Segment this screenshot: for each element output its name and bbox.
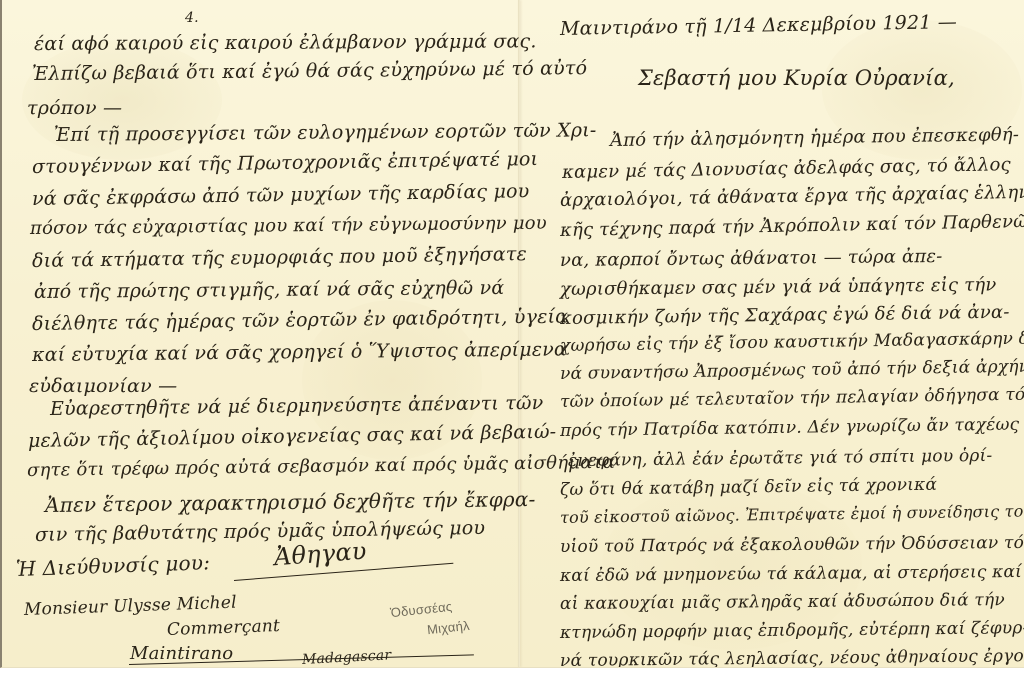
letter-line: κῆς τέχνης παρά τήν Ἀκρόπολιν καί τόν Πα…: [560, 211, 1024, 241]
letter-line: χωρισθήκαμεν σας μέν γιά νά ὑπάγητε εἰς …: [560, 274, 997, 300]
letter-line: μελῶν τῆς ἀξιολίμου οἰκογενείας σας καί …: [28, 421, 557, 452]
letter-line: νά συναντήσω Ἀπροσμένως τοῦ ἀπό τήν δεξι…: [560, 357, 1024, 384]
salutation: Σεβαστή μου Κυρία Οὐρανία,: [638, 66, 955, 90]
letter-line: Ἐπί τῇ προσεγγίσει τῶν ευλογημένων εορτῶ…: [54, 119, 597, 146]
letter-line: κοσμικήν ζωήν τῆς Σαχάρας ἐγώ δέ διά νά …: [560, 302, 1010, 329]
signature: Ἀθηγαυ: [273, 537, 367, 571]
letter-line: πρός τήν Πατρίδα κατόπιν. Δέν γνωρίζω ἄν…: [560, 415, 1020, 441]
right-page: Μαιντιράνο τῇ 1/14 Δεκεμβρίου 1921 — Σεβ…: [520, 0, 1024, 667]
pencil-note: Ὀδυσσέας: [389, 599, 453, 620]
letter-line: Ἐλπίζω βεβαιά ὅτι καί ἐγώ θά σάς εὐχηρύν…: [32, 57, 587, 85]
letter-line: Ἀπό τήν ἀλησμόνητη ἡμέρα που ἐπεσκεφθή-: [610, 124, 1019, 151]
letter-line: χωρήσω εἰς τήν ἐξ ἴσου καυστικήν Μαδαγασ…: [560, 328, 1024, 356]
letter-line: διέλθητε τάς ἡμέρας τῶν ἑορτῶν ἐν φαιδρό…: [32, 306, 569, 335]
letter-line: νά σᾶς ἐκφράσω ἀπό τῶν μυχίων τῆς καρδία…: [32, 180, 530, 210]
address-occupation: Commerçant: [167, 616, 281, 640]
address-label: Ἡ Διεύθυνσίς μου:: [16, 550, 211, 581]
letter-line: να, καρποί ὄντως ἀθάνατοι — τώρα ἀπε-: [560, 246, 943, 271]
letter-line: καί ἐδῶ νά μνημονεύω τά κάλαμα, αἱ στερή…: [560, 562, 1022, 586]
letter-line: κτηνώδη μορφήν μιας ἐπιδρομῆς, εὐτέρπη κ…: [560, 618, 1024, 643]
letter-line: σιν τῆς βαθυτάτης πρός ὑμᾶς ὑπολήψεώς μο…: [35, 517, 485, 546]
letter-line: τῶν ὁποίων μέ τελευταῖον τήν πελαγίαν ὀδ…: [560, 385, 1024, 412]
letter-line: τοῦ εἰκοστοῦ αἰῶνος. Ἐπιτρέψατε ἐμοί ἡ σ…: [560, 501, 1024, 527]
paper-sheet: 4. έαί αϕό καιρού εἰς καιρού ἐλάμβανον γ…: [0, 0, 1024, 668]
dateline: Μαιντιράνο τῇ 1/14 Δεκεμβρίου 1921 —: [560, 11, 957, 40]
letter-line: τρόπον —: [27, 97, 122, 119]
letter-line: ζω ὅτι θά κατάβη μαζί δεῖν εἰς τά χρονικ…: [560, 475, 937, 500]
letter-line: ἐνεφάνη, ἀλλ ἐάν ἐρωτᾶτε γιά τό σπίτι μο…: [568, 446, 993, 471]
letter-line: νά τουρκικῶν τάς λεηλασίας, νέους ἀθηναί…: [560, 646, 1024, 668]
letter-line: Εὐαρεστηθῆτε νά μέ διερμηνεύσητε ἀπέναντ…: [50, 392, 544, 420]
letter-line: ἀρχαιολόγοι, τά ἀθάνατα ἔργα τῆς ἀρχαίας…: [560, 182, 1024, 211]
letter-line: Ἀπεν ἕτερον χαρακτηρισμό δεχθῆτε τήν ἔκφ…: [45, 487, 536, 517]
letter-line: καμεν μέ τάς Διονυσίας ἀδελφάς σας, τό ἄ…: [562, 154, 1011, 183]
letter-line: πόσον τάς εὐχαριστίας μου καί τήν εὐγνωμ…: [30, 213, 547, 239]
letter-line: διά τά κτήματα τῆς ευμορφιάς που μοῦ ἐξη…: [32, 243, 527, 272]
letter-line: αἱ κακουχίαι μιᾶς σκληρᾶς καί ἀδυσώπου δ…: [560, 590, 1005, 614]
letter-line: έαί αϕό καιρού εἰς καιρού ἐλάμβανον γράμ…: [34, 30, 537, 55]
letter-scan: 4. έαί αϕό καιρού εἰς καιρού ἐλάμβανον γ…: [0, 0, 1024, 685]
page-number: 4.: [185, 10, 199, 26]
address-country: Madagascar: [302, 647, 392, 668]
address-name: Monsieur Ulysse Michel: [24, 593, 237, 620]
letter-line: στουγέννων καί τῆς Πρωτοχρονιᾶς ἐπιτρέψα…: [32, 148, 539, 178]
letter-line: υἱοῦ τοῦ Πατρός νά ἐξακολουθῶν τήν Ὀδύσσ…: [560, 533, 1024, 557]
pencil-note: Μιχαήλ: [426, 618, 470, 637]
letter-line: ἀπό τῆς πρώτης στιγμῆς, καί νά σᾶς εὐχηθ…: [34, 277, 504, 303]
letter-line: καί εὐτυχία καί νά σᾶς χορηγεί ὁ Ὕψιστος…: [32, 338, 567, 366]
letter-line: εὐδαιμονίαν —: [29, 375, 177, 397]
left-page: 4. έαί αϕό καιρού εἰς καιρού ἐλάμβανον γ…: [2, 0, 518, 667]
